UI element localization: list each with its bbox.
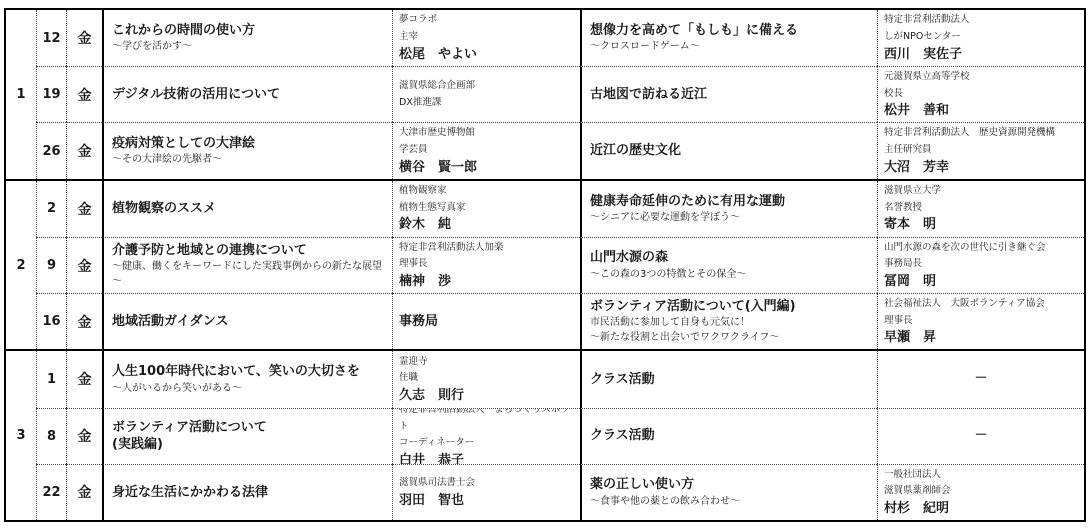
lecturer1-cell: 特定非営利活動法人加楽 理事長 楠神 渉 <box>392 237 580 293</box>
lecture1-subtitle: ～その大津絵の先駆者～ <box>112 152 386 167</box>
lecturer1-name: 楠神 渉 <box>399 273 574 291</box>
lecture2-title: 想像力を高めて「もしも」に備える <box>590 22 871 40</box>
day-cell: 26 <box>36 122 66 178</box>
day-cell: 22 <box>36 464 66 520</box>
month-cell: 3 <box>6 351 36 520</box>
lecture2-title-cell: 健康寿命延伸のために有用な運動 ～シニアに必要な運動を学ぼう～ <box>580 181 877 237</box>
lecturer2-cell: 特定非営利活動法人 歴史資源開発機構 主任研究員 大沼 芳幸 <box>877 122 1084 178</box>
lecturer2-cell: 元滋賀県立高等学校 校長 松井 善和 <box>877 66 1084 122</box>
lecturer1-org: 植物観察家 植物生態写真家 <box>399 183 574 216</box>
lecturer2-org: 山門水源の森を次の世代に引き継ぐ会 事務局長 <box>884 240 1078 273</box>
weekday-label: 金 <box>78 85 92 105</box>
lecturer2-name: 松井 善和 <box>884 102 1078 120</box>
lecturer1-name: 羽田 智也 <box>399 492 574 510</box>
lecturer1-cell: 大津市歴史博物館 学芸員 横谷 賢一郎 <box>392 122 580 178</box>
lecture2-title-cell: ボランティア活動について(入門編) 市民活動に参加して自身も元気に！ ～新たな役… <box>580 293 877 349</box>
lecture2-title: ボランティア活動について(入門編) <box>590 298 871 316</box>
lecture2-title-cell: 想像力を高めて「もしも」に備える ～クロスロードゲーム～ <box>580 10 877 66</box>
lecturer1-name: 横谷 賢一郎 <box>399 159 574 177</box>
lecture2-subtitle: ～クロスロードゲーム～ <box>590 39 871 54</box>
lecture2-title-cell: 薬の正しい使い方 ～食事や他の薬との飲み合わせ～ <box>580 464 877 520</box>
lecturer1-org: 夢コラボ 主宰 <box>399 12 574 45</box>
weekday-label: 金 <box>78 312 92 332</box>
lecture1-title: デジタル技術の活用について <box>112 86 386 104</box>
lecture1-title: 地域活動ガイダンス <box>112 313 386 331</box>
lecture1-title-cell: 疫病対策としての大津絵 ～その大津絵の先駆者～ <box>102 122 392 178</box>
lecturer1-cell: 滋賀県総合企画部 DX推進課 <box>392 66 580 122</box>
lecture2-title-cell: クラス活動 <box>580 408 877 464</box>
lecturer1-name: 久志 則行 <box>399 387 574 405</box>
lecturer1-name: 事務局 <box>399 313 574 331</box>
lecturer1-cell: 特定非営利活動法人 まちづくりスポット コーディネーター 白井 恭子 <box>392 408 580 464</box>
lecture1-title: 植物観察のススメ <box>112 200 386 218</box>
lecture2-subtitle: ～シニアに必要な運動を学ぼう～ <box>590 210 871 225</box>
weekday-cell: 金 <box>66 10 102 66</box>
lecturer1-name: 白井 恭子 <box>399 452 574 464</box>
weekday-label: 金 <box>78 369 92 389</box>
lecturer2-org: 元滋賀県立高等学校 校長 <box>884 69 1078 102</box>
no-lecturer-dash: － <box>974 370 987 388</box>
lecturer2-name: 冨岡 明 <box>884 273 1078 291</box>
lecture1-title: 身近な生活にかかわる法律 <box>112 484 386 502</box>
lecturer1-org: 霊迎寺 住職 <box>399 354 574 387</box>
day-cell: 1 <box>36 351 66 407</box>
lecturer2-cell: 特定非営利活動法人 しがNPOセンター 西川 実佐子 <box>877 10 1084 66</box>
lecture1-title: 人生100年時代において、笑いの大切さを <box>112 363 386 381</box>
weekday-cell: 金 <box>66 66 102 122</box>
lecture1-title-cell: ボランティア活動について (実践編) <box>102 408 392 464</box>
weekday-cell: 金 <box>66 293 102 349</box>
lecture1-title: 疫病対策としての大津絵 <box>112 135 386 153</box>
lecture2-title: 健康寿命延伸のために有用な運動 <box>590 193 871 211</box>
day-cell: 9 <box>36 237 66 293</box>
lecture1-title-cell: 介護予防と地域との連携について ～健康、働くをキーワードにした実践事例からの新た… <box>102 237 392 293</box>
day-number: 1 <box>47 372 56 387</box>
lecture2-title: 山門水源の森 <box>590 249 871 267</box>
weekday-cell: 金 <box>66 122 102 178</box>
lecturer1-org: 特定非営利活動法人加楽 理事長 <box>399 240 574 273</box>
lecture1-title: 介護予防と地域との連携について <box>112 242 386 260</box>
month-number: 1 <box>16 87 25 102</box>
lecture2-title: 近江の歴史文化 <box>590 142 871 160</box>
lecturer2-org: 特定非営利活動法人 しがNPOセンター <box>884 12 1078 45</box>
day-number: 22 <box>42 485 60 500</box>
weekday-cell: 金 <box>66 181 102 237</box>
lecturer2-org: 一般社団法人 滋賀県薬剤師会 <box>884 467 1078 500</box>
lecture1-title-cell: デジタル技術の活用について <box>102 66 392 122</box>
lecturer2-name: 西川 実佐子 <box>884 46 1078 64</box>
weekday-cell: 金 <box>66 464 102 520</box>
weekday-cell: 金 <box>66 351 102 407</box>
day-cell: 2 <box>36 181 66 237</box>
month-number: 3 <box>16 428 25 443</box>
lecturer2-name: 村杉 紀明 <box>884 500 1078 518</box>
lecturer2-org: 社会福祉法人 大阪ボランティア協会 理事長 <box>884 296 1078 329</box>
lecturer1-cell: 滋賀県司法書士会 羽田 智也 <box>392 464 580 520</box>
month-block-2: 2 2 金 植物観察のススメ 植物観察家 植物生態写真家 鈴木 純 健康寿命延伸… <box>6 179 1084 350</box>
lecturer2-org: 滋賀県立大学 名誉教授 <box>884 183 1078 216</box>
lecture2-title-cell: 山門水源の森 ～この森の3つの特徴とその保全～ <box>580 237 877 293</box>
lecture1-subtitle: ～健康、働くをキーワードにした実践事例からの新たな展望～ <box>112 259 386 289</box>
month-number: 2 <box>16 258 25 273</box>
weekday-cell: 金 <box>66 408 102 464</box>
month-cell: 1 <box>6 10 36 179</box>
lecture2-title: 薬の正しい使い方 <box>590 476 871 494</box>
weekday-label: 金 <box>78 482 92 502</box>
lecture2-title-cell: 近江の歴史文化 <box>580 122 877 178</box>
weekday-label: 金 <box>78 426 92 446</box>
lecturer2-cell: 社会福祉法人 大阪ボランティア協会 理事長 早瀬 昇 <box>877 293 1084 349</box>
day-number: 16 <box>42 314 60 329</box>
lecturer1-cell: 植物観察家 植物生態写真家 鈴木 純 <box>392 181 580 237</box>
lecturer1-cell: 夢コラボ 主宰 松尾 やよい <box>392 10 580 66</box>
month-cell: 2 <box>6 181 36 350</box>
lecturer1-name: 鈴木 純 <box>399 216 574 234</box>
lecture2-title: クラス活動 <box>590 371 871 389</box>
lecture2-title: 古地図で訪ねる近江 <box>590 86 871 104</box>
lecturer1-org: 特定非営利活動法人 まちづくりスポット コーディネーター <box>399 408 574 452</box>
weekday-cell: 金 <box>66 237 102 293</box>
lecture1-title-cell: 植物観察のススメ <box>102 181 392 237</box>
lecture2-subtitle: ～食事や他の薬との飲み合わせ～ <box>590 494 871 509</box>
lecturer1-cell: 事務局 <box>392 293 580 349</box>
day-number: 9 <box>47 258 56 273</box>
month-block-1: 1 12 金 これからの時間の使い方 ～学びを活かす～ 夢コラボ 主宰 松尾 や… <box>6 10 1084 179</box>
lecturer1-org: 大津市歴史博物館 学芸員 <box>399 125 574 158</box>
lecture1-title-cell: これからの時間の使い方 ～学びを活かす～ <box>102 10 392 66</box>
lecturer2-name: 寄本 明 <box>884 216 1078 234</box>
lecture2-title-cell: 古地図で訪ねる近江 <box>580 66 877 122</box>
day-cell: 8 <box>36 408 66 464</box>
lecturer1-cell: 霊迎寺 住職 久志 則行 <box>392 351 580 407</box>
lecturer2-cell: 一般社団法人 滋賀県薬剤師会 村杉 紀明 <box>877 464 1084 520</box>
lecture2-title-cell: クラス活動 <box>580 351 877 407</box>
day-number: 8 <box>47 429 56 444</box>
weekday-label: 金 <box>78 141 92 161</box>
day-cell: 16 <box>36 293 66 349</box>
lecturer2-name: 大沼 芳幸 <box>884 159 1078 177</box>
lecturer2-cell: － <box>877 351 1084 407</box>
lecturer2-name: 早瀬 昇 <box>884 329 1078 347</box>
lecturer1-org: 滋賀県総合企画部 DX推進課 <box>399 78 574 111</box>
lecture2-subtitle: 市民活動に参加して自身も元気に！ ～新たな役割と出会いでワクワクライフ～ <box>590 315 871 345</box>
schedule-table: 1 12 金 これからの時間の使い方 ～学びを活かす～ 夢コラボ 主宰 松尾 や… <box>4 8 1086 522</box>
day-cell: 12 <box>36 10 66 66</box>
day-number: 12 <box>42 31 60 46</box>
lecture1-title-cell: 身近な生活にかかわる法律 <box>102 464 392 520</box>
lecture1-title-cell: 地域活動ガイダンス <box>102 293 392 349</box>
lecturer2-org: 特定非営利活動法人 歴史資源開発機構 主任研究員 <box>884 125 1078 158</box>
day-number: 2 <box>47 201 56 216</box>
weekday-label: 金 <box>78 28 92 48</box>
lecture1-subtitle: ～人がいるから笑いがある～ <box>112 381 386 396</box>
lecturer2-cell: － <box>877 408 1084 464</box>
no-lecturer-dash: － <box>974 427 987 445</box>
lecturer2-cell: 山門水源の森を次の世代に引き継ぐ会 事務局長 冨岡 明 <box>877 237 1084 293</box>
lecturer1-org: 滋賀県司法書士会 <box>399 475 574 492</box>
lecture2-subtitle: ～この森の3つの特徴とその保全～ <box>590 267 871 282</box>
month-block-3: 3 1 金 人生100年時代において、笑いの大切さを ～人がいるから笑いがある～… <box>6 349 1084 520</box>
lecture1-subtitle: ～学びを活かす～ <box>112 39 386 54</box>
lecture1-title: これからの時間の使い方 <box>112 22 386 40</box>
day-number: 19 <box>42 87 60 102</box>
weekday-label: 金 <box>78 199 92 219</box>
day-cell: 19 <box>36 66 66 122</box>
lecture2-title: クラス活動 <box>590 427 871 445</box>
lecture1-title: ボランティア活動について (実践編) <box>112 419 386 454</box>
day-number: 26 <box>42 144 60 159</box>
lecturer2-cell: 滋賀県立大学 名誉教授 寄本 明 <box>877 181 1084 237</box>
lecture1-title-cell: 人生100年時代において、笑いの大切さを ～人がいるから笑いがある～ <box>102 351 392 407</box>
weekday-label: 金 <box>78 256 92 276</box>
lecturer1-name: 松尾 やよい <box>399 46 574 64</box>
